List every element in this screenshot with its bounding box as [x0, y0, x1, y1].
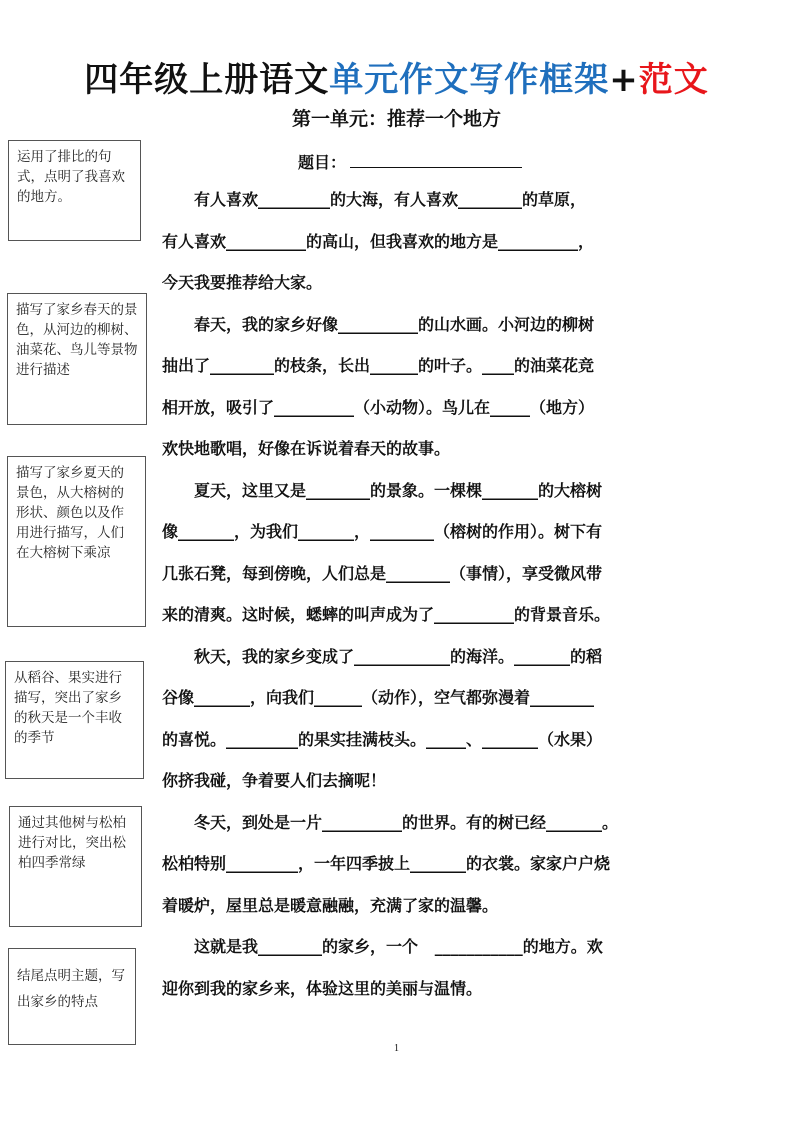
text-line: 着暖炉，屋里总是暖意融融，充满了家的温馨。 [162, 885, 678, 927]
paragraph-ending: 这就是我________的家乡，一个 ___________的地方。欢 迎你到我… [162, 926, 678, 1009]
text-line: 今天我要推荐给大家。 [162, 262, 678, 304]
text-line: 松柏特别_________，一年四季披上_______的衣裳。家家户户烧 [162, 843, 678, 885]
title-framework: 单元作文写作框架 [329, 60, 609, 100]
paragraph-autumn: 秋天，我的家乡变成了____________的海洋。_______的稻 谷像__… [162, 636, 678, 802]
topic-blank[interactable] [350, 153, 522, 168]
text-line: 秋天，我的家乡变成了____________的海洋。_______的稻 [162, 636, 678, 678]
page-number: 1 [0, 1043, 793, 1054]
text-line: 春天，我的家乡好像__________的山水画。小河边的柳树 [162, 304, 678, 346]
text-line: 几张石凳，每到傍晚，人们总是________（事情），享受微风带 [162, 553, 678, 595]
essay-body: 有人喜欢_________的大海，有人喜欢________的草原， 有人喜欢__… [162, 179, 678, 1009]
text-line: 像_______，为我们_______，________（榕树的作用）。树下有 [162, 511, 678, 553]
text-line: 的喜悦。_________的果实挂满枝头。_____、_______（水果） [162, 719, 678, 761]
annotation-ending: 结尾点明主题，写出家乡的特点 [8, 948, 136, 1045]
paragraph-spring: 春天，我的家乡好像__________的山水画。小河边的柳树 抽出了______… [162, 304, 678, 470]
document-title: 四年级上册语文单元作文写作框架+范文 [0, 52, 793, 101]
topic-line: 题目： [298, 150, 522, 173]
text-line: 有人喜欢_________的大海，有人喜欢________的草原， [162, 179, 678, 221]
annotation-summer: 描写了家乡夏天的景色，从大榕树的形状、颜色以及作用进行描写，人们在大榕树下乘凉 [7, 456, 146, 627]
annotation-intro: 运用了排比的句式，点明了我喜欢的地方。 [8, 140, 141, 241]
text-line: 迎你到我的家乡来，体验这里的美丽与温情。 [162, 968, 678, 1010]
text-line: 冬天，到处是一片__________的世界。有的树已经_______。 [162, 802, 678, 844]
text-line: 夏天，这里又是________的景象。一棵棵_______的大榕树 [162, 470, 678, 512]
annotation-spring: 描写了家乡春天的景色，从河边的柳树、油菜花、鸟儿等景物进行描述 [7, 293, 147, 425]
text-line: 这就是我________的家乡，一个 ___________的地方。欢 [162, 926, 678, 968]
paragraph-intro: 有人喜欢_________的大海，有人喜欢________的草原， 有人喜欢__… [162, 179, 678, 304]
title-sample: 范文 [639, 60, 709, 100]
text-line: 谷像_______，向我们______（动作），空气都弥漫着________ [162, 677, 678, 719]
paragraph-summer: 夏天，这里又是________的景象。一棵棵_______的大榕树 像_____… [162, 470, 678, 636]
annotation-autumn: 从稻谷、果实进行描写，突出了家乡的秋天是一个丰收的季节 [5, 661, 144, 779]
text-line: 来的清爽。这时候，蟋蟀的叫声成为了__________的背景音乐。 [162, 594, 678, 636]
unit-subtitle: 第一单元：推荐一个地方 [0, 104, 793, 131]
text-line: 抽出了________的枝条，长出______的叶子。____的油菜花竞 [162, 345, 678, 387]
title-plus: + [609, 60, 639, 100]
text-line: 相开放，吸引了__________（小动物）。鸟儿在_____（地方） [162, 387, 678, 429]
text-line: 欢快地歌唱，好像在诉说着春天的故事。 [162, 428, 678, 470]
topic-label: 题目： [298, 153, 346, 172]
text-line: 有人喜欢__________的高山，但我喜欢的地方是__________， [162, 221, 678, 263]
annotation-winter: 通过其他树与松柏进行对比，突出松柏四季常绿 [9, 806, 142, 927]
paragraph-winter: 冬天，到处是一片__________的世界。有的树已经_______。 松柏特别… [162, 802, 678, 927]
title-grade: 四年级上册语文 [84, 60, 329, 100]
text-line: 你挤我碰，争着要人们去摘呢！ [162, 760, 678, 802]
